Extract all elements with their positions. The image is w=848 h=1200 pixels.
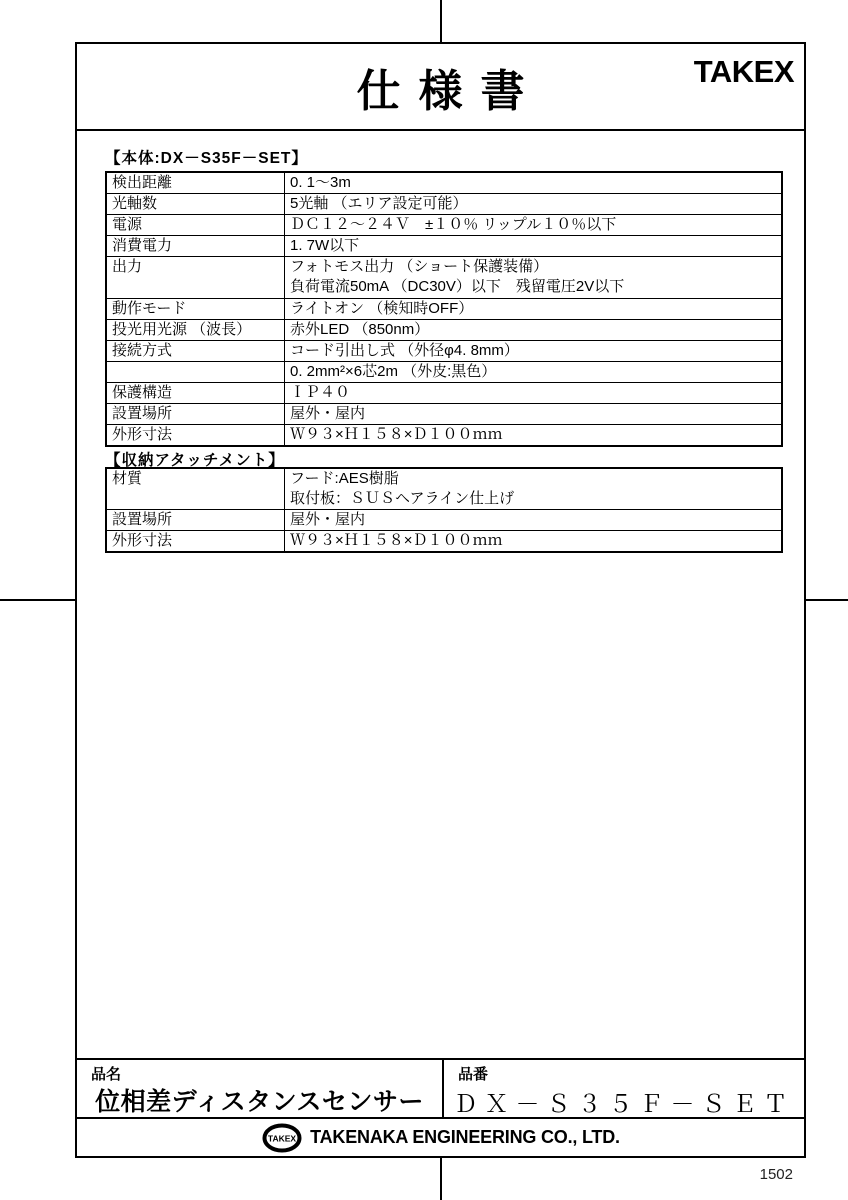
- product-number-value: ＤＸ－Ｓ３５Ｆ－ＳＥＴ: [444, 1084, 804, 1119]
- spec-value: 屋外・屋内: [285, 510, 783, 531]
- spec-row: 外形寸法Ｗ９３×Ｈ１５８×Ｄ１００ｍｍ: [106, 425, 782, 447]
- spec-value: Ｗ９３×Ｈ１５８×Ｄ１００ｍｍ: [285, 531, 783, 553]
- company-name: TAKENAKA ENGINEERING CO., LTD.: [310, 1127, 620, 1148]
- spec-label: 材質: [106, 468, 285, 510]
- spec-sheet-page: 仕様書 TAKEX 【本体:DX－S35F－SET】 検出距離0. 1～3m光軸…: [0, 0, 848, 1200]
- product-identification-row: 品名 位相差ディスタンスセンサー 品番 ＤＸ－Ｓ３５Ｆ－ＳＥＴ: [77, 1058, 804, 1117]
- spec-label: 消費電力: [106, 236, 285, 257]
- spec-row: 光軸数5光軸 （エリア設定可能）: [106, 194, 782, 215]
- spec-value: フード:AES樹脂取付板：ＳＵＳヘアライン仕上げ: [285, 468, 783, 510]
- product-number-label: 品番: [458, 1063, 488, 1084]
- spec-label: 設置場所: [106, 510, 285, 531]
- spec-label: 保護構造: [106, 382, 285, 403]
- spec-row: 設置場所屋外・屋内: [106, 404, 782, 425]
- spec-label: 電源: [106, 215, 285, 236]
- spec-value: フォトモス出力 （ショート保護装備）負荷電流50mA （DC30V）以下 残留電…: [285, 257, 783, 298]
- main-spec-table: 検出距離0. 1～3m光軸数5光軸 （エリア設定可能）電源ＤＣ１２～２４Ｖ ±１…: [105, 171, 783, 447]
- spec-value: 1. 7W以下: [285, 236, 783, 257]
- attachment-spec-table: 材質フード:AES樹脂取付板：ＳＵＳヘアライン仕上げ設置場所屋外・屋内外形寸法Ｗ…: [105, 467, 783, 553]
- trim-mark-bottom: [440, 1158, 442, 1200]
- spec-row: 検出距離0. 1～3m: [106, 172, 782, 194]
- spec-value: 0. 1～3m: [285, 172, 783, 194]
- main-table-title: 【本体:DX－S35F－SET】: [105, 146, 308, 168]
- spec-value: ＩＰ４０: [285, 382, 783, 403]
- spec-row: 消費電力1. 7W以下: [106, 236, 782, 257]
- spec-value: 屋外・屋内: [285, 404, 783, 425]
- svg-text:TAKEX: TAKEX: [268, 1133, 297, 1143]
- spec-row: 0. 2mm²×6芯2m （外皮:黒色）: [106, 361, 782, 382]
- spec-row: 設置場所屋外・屋内: [106, 510, 782, 531]
- trim-mark-right: [806, 599, 848, 601]
- spec-value: ライトオン （検知時OFF）: [285, 298, 783, 319]
- page-number: 1502: [745, 1166, 793, 1183]
- spec-value: 赤外LED （850nm）: [285, 319, 783, 340]
- spec-row: 材質フード:AES樹脂取付板：ＳＵＳヘアライン仕上げ: [106, 468, 782, 510]
- takex-oval-logo-icon: TAKEX: [261, 1122, 303, 1154]
- spec-label: 出力: [106, 257, 285, 298]
- spec-row: 保護構造ＩＰ４０: [106, 382, 782, 403]
- document-header: 仕様書 TAKEX: [77, 44, 804, 131]
- spec-label: 外形寸法: [106, 531, 285, 553]
- spec-label: 投光用光源 （波長）: [106, 319, 285, 340]
- spec-label: 接続方式: [106, 340, 285, 361]
- spec-row: 電源ＤＣ１２～２４Ｖ ±１０％ リップル１０％以下: [106, 215, 782, 236]
- spec-row: 出力フォトモス出力 （ショート保護装備）負荷電流50mA （DC30V）以下 残…: [106, 257, 782, 298]
- spec-label: 検出距離: [106, 172, 285, 194]
- spec-label: 動作モード: [106, 298, 285, 319]
- spec-value: Ｗ９３×Ｈ１５８×Ｄ１００ｍｍ: [285, 425, 783, 447]
- spec-row: 投光用光源 （波長）赤外LED （850nm）: [106, 319, 782, 340]
- spec-label: [106, 361, 285, 382]
- spec-row: 外形寸法Ｗ９３×Ｈ１５８×Ｄ１００ｍｍ: [106, 531, 782, 553]
- trim-mark-top: [440, 0, 442, 42]
- spec-row: 接続方式コード引出し式 （外径φ4. 8mm）: [106, 340, 782, 361]
- product-number-cell: 品番 ＤＸ－Ｓ３５Ｆ－ＳＥＴ: [444, 1060, 804, 1117]
- product-name-cell: 品名 位相差ディスタンスセンサー: [77, 1060, 444, 1117]
- product-name-value: 位相差ディスタンスセンサー: [77, 1082, 442, 1118]
- spec-label: 光軸数: [106, 194, 285, 215]
- product-name-label: 品名: [91, 1063, 121, 1084]
- company-footer: TAKEX TAKENAKA ENGINEERING CO., LTD.: [77, 1117, 804, 1156]
- brand-logotype: TAKEX: [694, 54, 794, 90]
- spec-label: 設置場所: [106, 404, 285, 425]
- spec-value: 5光軸 （エリア設定可能）: [285, 194, 783, 215]
- document-frame: 仕様書 TAKEX 【本体:DX－S35F－SET】 検出距離0. 1～3m光軸…: [75, 42, 806, 1158]
- spec-value: コード引出し式 （外径φ4. 8mm）: [285, 340, 783, 361]
- spec-value: 0. 2mm²×6芯2m （外皮:黒色）: [285, 361, 783, 382]
- trim-mark-left: [0, 599, 75, 601]
- spec-row: 動作モードライトオン （検知時OFF）: [106, 298, 782, 319]
- title-block: 品名 位相差ディスタンスセンサー 品番 ＤＸ－Ｓ３５Ｆ－ＳＥＴ TAKEX TA…: [77, 1058, 804, 1156]
- spec-label: 外形寸法: [106, 425, 285, 447]
- spec-value: ＤＣ１２～２４Ｖ ±１０％ リップル１０％以下: [285, 215, 783, 236]
- document-title: 仕様書: [339, 55, 543, 119]
